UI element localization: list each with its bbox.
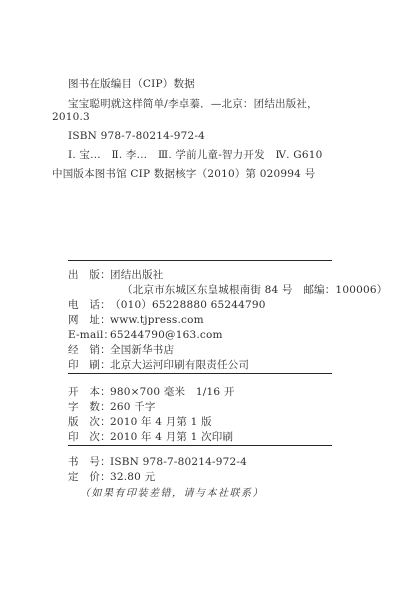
section-divider-middle bbox=[68, 373, 332, 374]
cip-title-line: 宝宝聪明就这样简单/李卓蓁．—北京：团结出版社， bbox=[52, 98, 364, 111]
row-label: 书 号： bbox=[68, 455, 110, 470]
publisher-info-block: 出 版：团结出版社 （北京市东城区东皇城根南街 84 号 邮编：100006） … bbox=[68, 268, 370, 373]
cip-data-block: 图书在版编目（CIP）数据 宝宝聪明就这样简单/李卓蓁．—北京：团结出版社， 2… bbox=[52, 78, 364, 181]
format-row: 开 本：980×700 毫米 1/16 开 bbox=[68, 385, 370, 400]
wordcount-row: 字 数：260 千字 bbox=[68, 400, 370, 415]
row-value: 团结出版社 bbox=[110, 269, 164, 281]
row-value: www.tjpress.com bbox=[110, 314, 204, 326]
impression-row: 印 次：2010 年 4 月第 1 次印刷 bbox=[68, 430, 370, 445]
row-value: 980×700 毫米 1/16 开 bbox=[110, 386, 235, 398]
row-label: 定 价： bbox=[68, 470, 110, 485]
website-row: 网 址：www.tjpress.com bbox=[68, 313, 370, 328]
cip-heading: 图书在版编目（CIP）数据 bbox=[52, 78, 364, 91]
email-row: E-mail：65244790@163.com bbox=[68, 328, 370, 343]
row-label: E-mail： bbox=[68, 328, 110, 343]
row-label: 字 数： bbox=[68, 400, 110, 415]
isbn-price-block: 书 号：ISBN 978-7-80214-972-4 定 价：32.80 元 （… bbox=[68, 455, 370, 501]
section-divider-top bbox=[68, 260, 332, 261]
row-value: ISBN 978-7-80214-972-4 bbox=[110, 456, 247, 468]
cip-year-line: 2010.3 bbox=[52, 111, 364, 124]
row-value: 65244790@163.com bbox=[110, 329, 223, 341]
section-divider-bottom bbox=[68, 445, 332, 446]
row-label: 经 销： bbox=[68, 343, 110, 358]
row-label: 开 本： bbox=[68, 385, 110, 400]
row-value: （010）65228880 65244790 bbox=[110, 299, 266, 311]
cip-record-line: 中国版本图书馆 CIP 数据核字（2010）第 020994 号 bbox=[52, 168, 364, 181]
edition-row: 版 次：2010 年 4 月第 1 版 bbox=[68, 415, 370, 430]
row-value: 260 千字 bbox=[110, 401, 156, 413]
phone-row: 电 话：（010）65228880 65244790 bbox=[68, 298, 370, 313]
publisher-address-row: （北京市东城区东皇城根南街 84 号 邮编：100006） bbox=[68, 283, 370, 298]
cip-classification-line: Ⅰ. 宝… Ⅱ. 李… Ⅲ. 学前儿童-智力开发 Ⅳ. G610 bbox=[52, 149, 364, 162]
row-value: 2010 年 4 月第 1 版 bbox=[110, 416, 212, 428]
row-value: 32.80 元 bbox=[110, 471, 155, 483]
row-label: 电 话： bbox=[68, 298, 110, 313]
price-row: 定 价：32.80 元 bbox=[68, 470, 370, 485]
misprint-notice: （如果有印装差错，请与本社联系） bbox=[68, 486, 370, 501]
distributor-row: 经 销：全国新华书店 bbox=[68, 343, 370, 358]
print-spec-block: 开 本：980×700 毫米 1/16 开 字 数：260 千字 版 次：201… bbox=[68, 385, 370, 445]
publisher-row: 出 版：团结出版社 bbox=[68, 268, 370, 283]
row-value: 2010 年 4 月第 1 次印刷 bbox=[110, 431, 233, 443]
row-value: 北京大运河印刷有限责任公司 bbox=[110, 359, 249, 371]
row-label: 版 次： bbox=[68, 415, 110, 430]
printer-row: 印 刷：北京大运河印刷有限责任公司 bbox=[68, 358, 370, 373]
book-copyright-page: 图书在版编目（CIP）数据 宝宝聪明就这样简单/李卓蓁．—北京：团结出版社， 2… bbox=[0, 0, 400, 600]
cip-isbn-line: ISBN 978-7-80214-972-4 bbox=[52, 130, 364, 143]
row-value: （北京市东城区东皇城根南街 84 号 邮编：100006） bbox=[122, 284, 387, 296]
row-value: 全国新华书店 bbox=[110, 344, 174, 356]
row-label: 出 版： bbox=[68, 268, 110, 283]
row-label: 印 刷： bbox=[68, 358, 110, 373]
isbn-row: 书 号：ISBN 978-7-80214-972-4 bbox=[68, 455, 370, 470]
row-label: 印 次： bbox=[68, 430, 110, 445]
row-label: 网 址： bbox=[68, 313, 110, 328]
